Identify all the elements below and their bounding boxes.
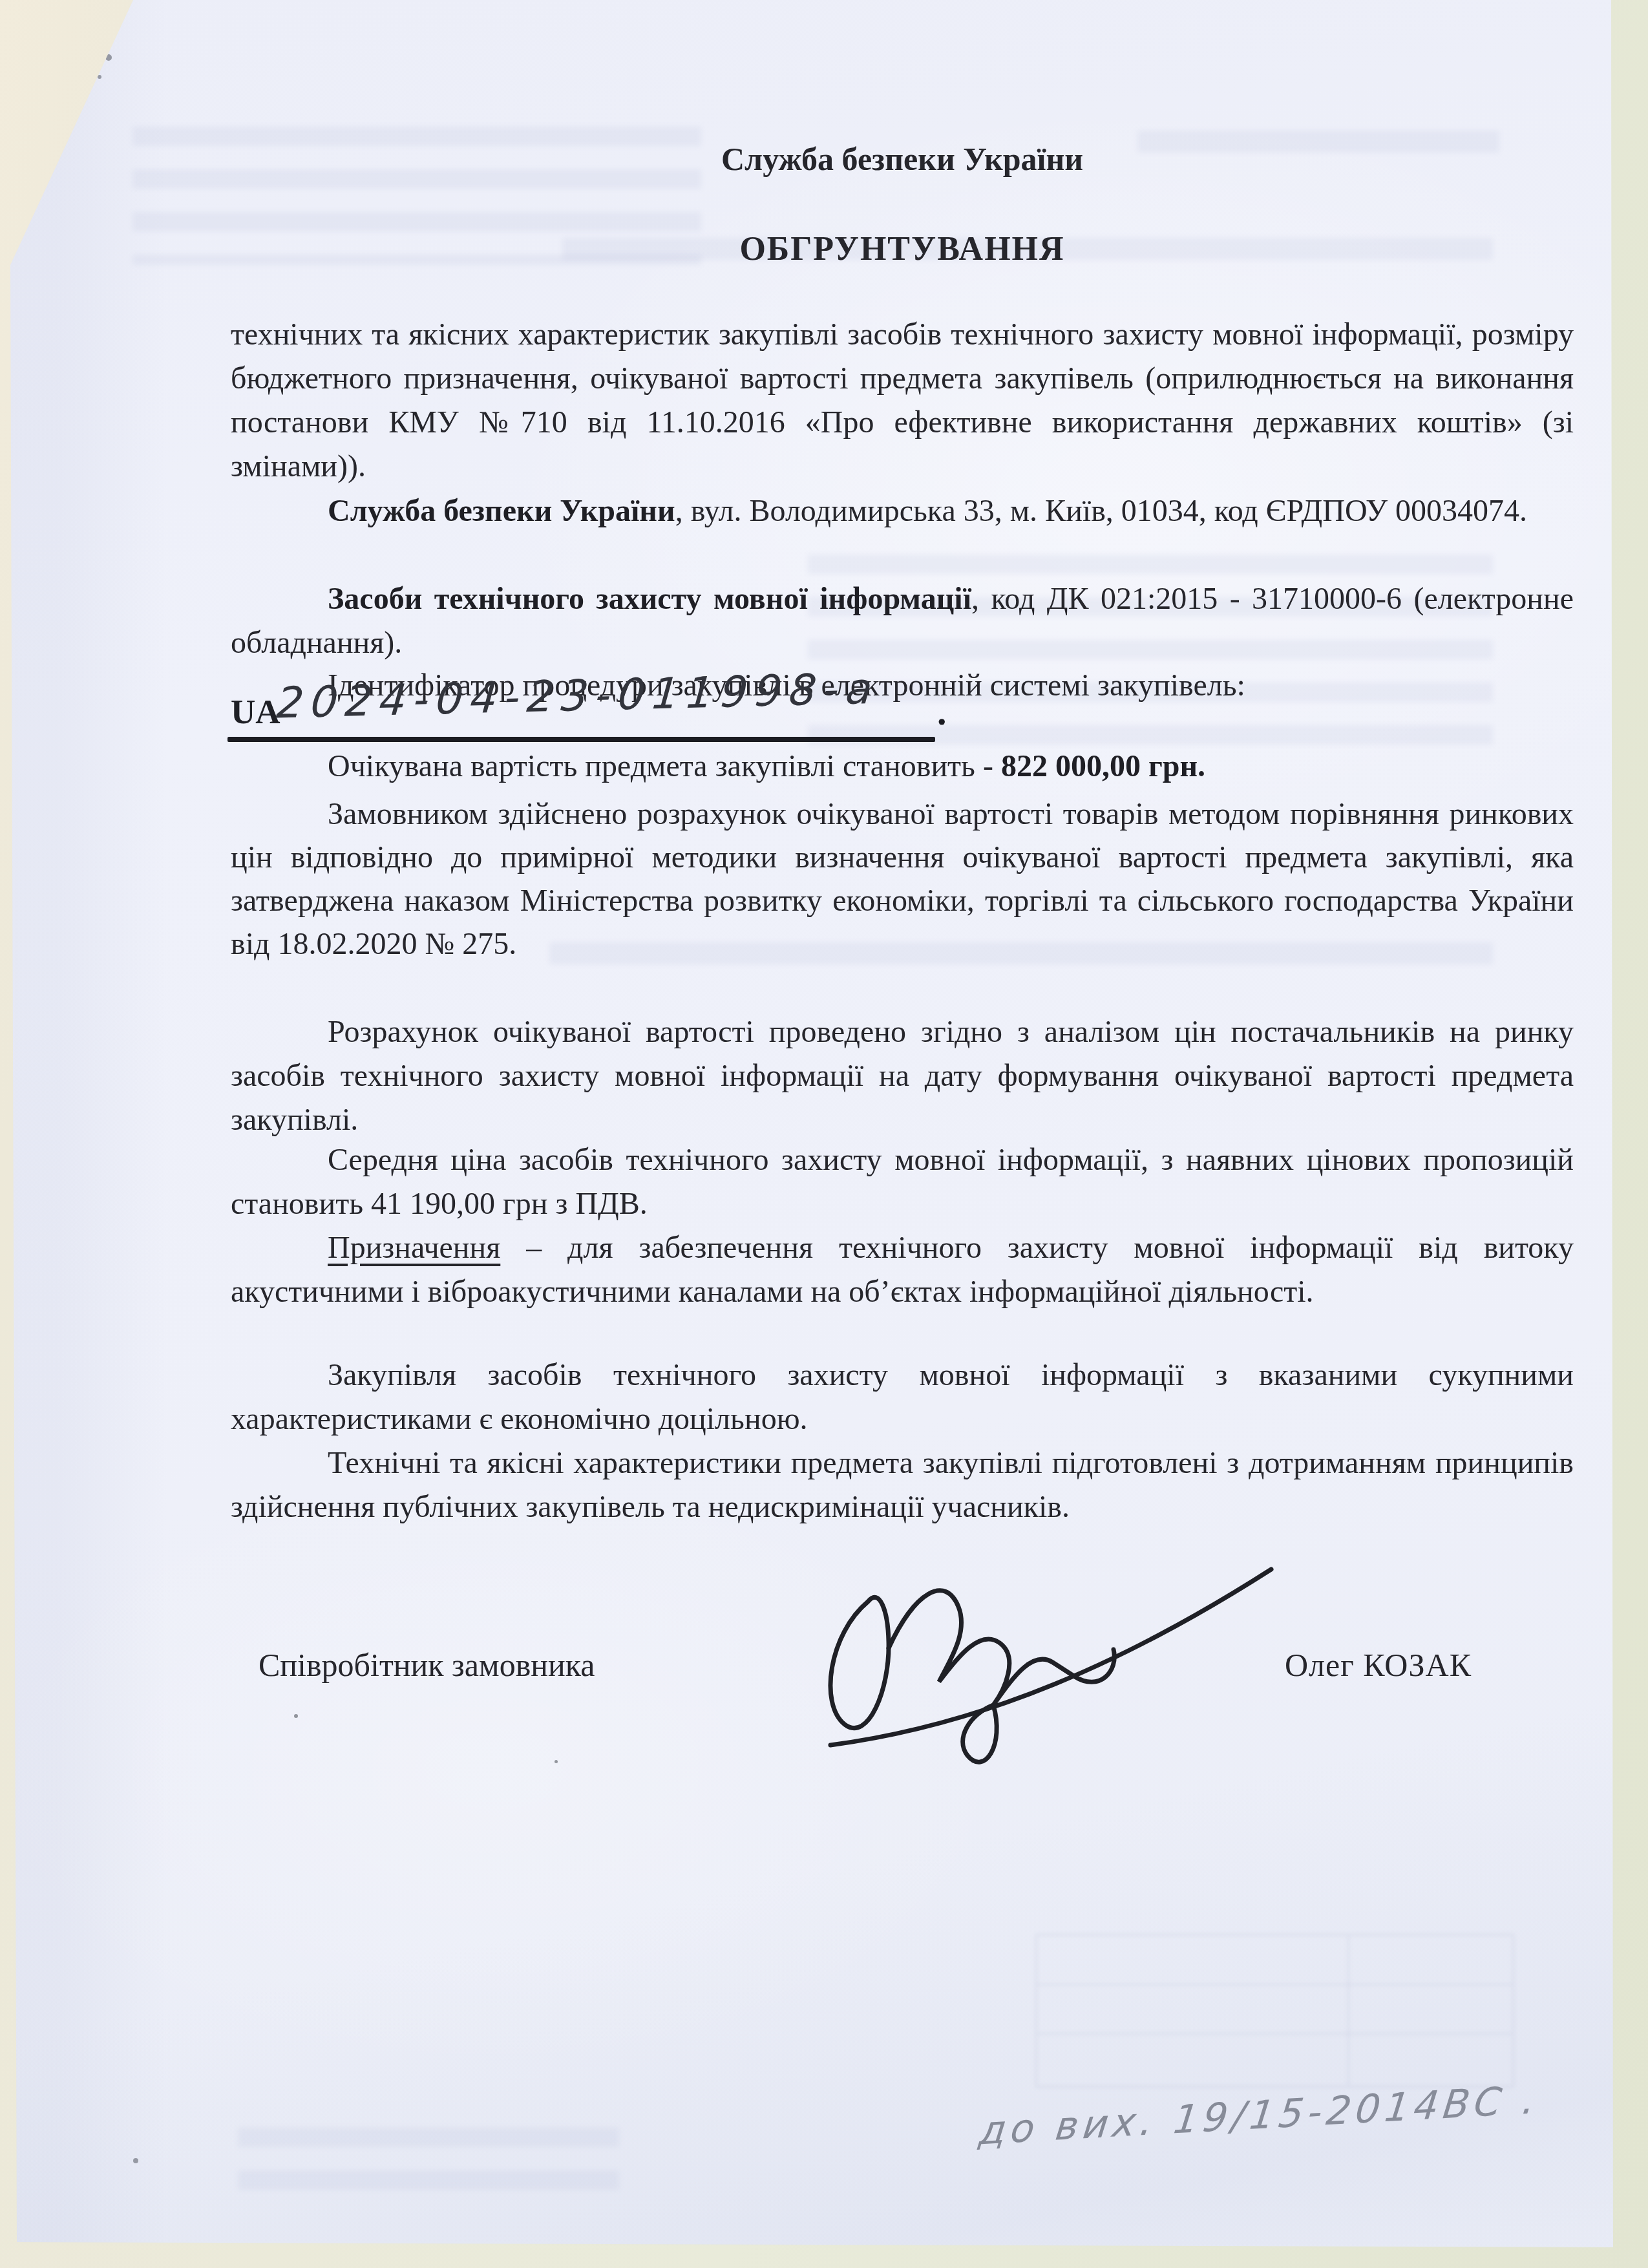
paragraph-method: Замовником здійснено розрахунок очікуван…	[231, 792, 1574, 966]
expected-value-amount: 822 000,00 грн.	[1001, 749, 1205, 783]
registration-handwritten-note: до вих. 19/15-2014ВС .	[977, 2077, 1542, 2154]
paper-sheet: Служба безпеки України ОБГРУНТУВАННЯ тех…	[0, 0, 1648, 2268]
paragraph-average-price: Середня ціна засобів технічного захисту …	[231, 1138, 1574, 1226]
procurement-id-period: .	[937, 690, 947, 734]
ink-speck	[98, 75, 101, 79]
signature-autograph	[792, 1551, 1309, 1790]
paragraph-intro: технічних та якісних характеристик закуп…	[231, 313, 1574, 489]
paragraph-subject: Засоби технічного захисту мовної інформа…	[231, 577, 1574, 665]
scanned-document-page: { "doc": { "org_title": "Служба безпеки …	[0, 0, 1648, 2268]
bleedthrough-block	[238, 2128, 619, 2195]
ink-speck	[133, 2158, 138, 2163]
customer-name: Служба безпеки України	[328, 494, 675, 528]
customer-details: , вул. Володимирська 33, м. Київ, 01034,…	[675, 494, 1527, 528]
paragraph-feasibility: Закупівля засобів технічного захисту мов…	[231, 1353, 1574, 1441]
expected-value-text: Очікувана вартість предмета закупівлі ст…	[328, 749, 1001, 783]
bleedthrough-table	[1035, 1934, 1514, 2088]
ink-speck	[555, 1760, 558, 1763]
ink-speck	[294, 1714, 298, 1718]
procurement-id-underline	[227, 737, 935, 742]
document-title: ОБГРУНТУВАННЯ	[231, 228, 1574, 271]
paragraph-expected-value: Очікувана вартість предмета закупівлі ст…	[231, 745, 1574, 789]
paragraph-purpose: Призначення – для забезпечення технічног…	[231, 1226, 1574, 1314]
paragraph-quality: Технічні та якісні характеристики предме…	[231, 1441, 1574, 1529]
paragraph-calculation: Розрахунок очікуваної вартості проведено…	[231, 1010, 1574, 1142]
subject-name: Засоби технічного захисту мовної інформа…	[328, 582, 971, 616]
purpose-underlined-word: Призначення	[328, 1231, 500, 1265]
paragraph-customer: Служба безпеки України, вул. Володимирсь…	[231, 489, 1574, 533]
signatory-name: Олег КОЗАК	[1285, 1646, 1472, 1684]
ink-speck	[105, 54, 112, 61]
signatory-role-label: Співробітник замовника	[259, 1646, 595, 1684]
organization-title: Служба безпеки України	[231, 137, 1574, 181]
